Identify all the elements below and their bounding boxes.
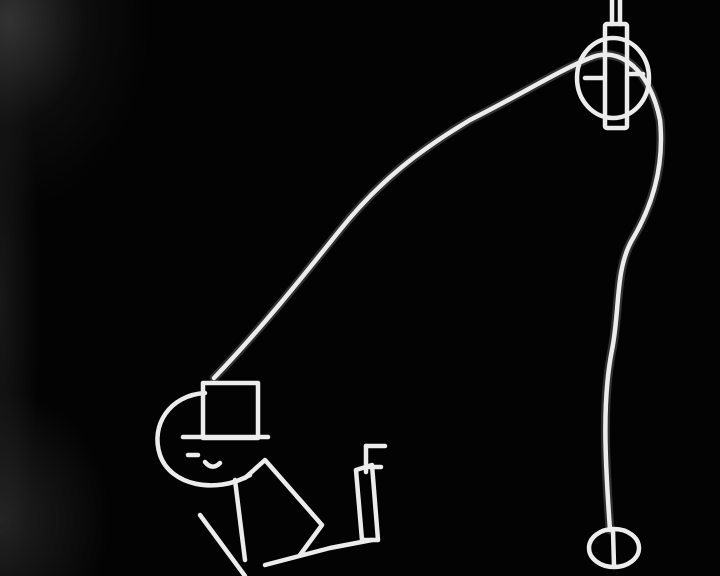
weight — [589, 529, 639, 567]
chalk-drawing — [0, 0, 720, 576]
pulley — [577, 0, 649, 128]
film-frame — [0, 0, 720, 576]
rope — [214, 55, 661, 530]
top-hat-figure — [157, 383, 372, 576]
cane — [356, 446, 385, 540]
